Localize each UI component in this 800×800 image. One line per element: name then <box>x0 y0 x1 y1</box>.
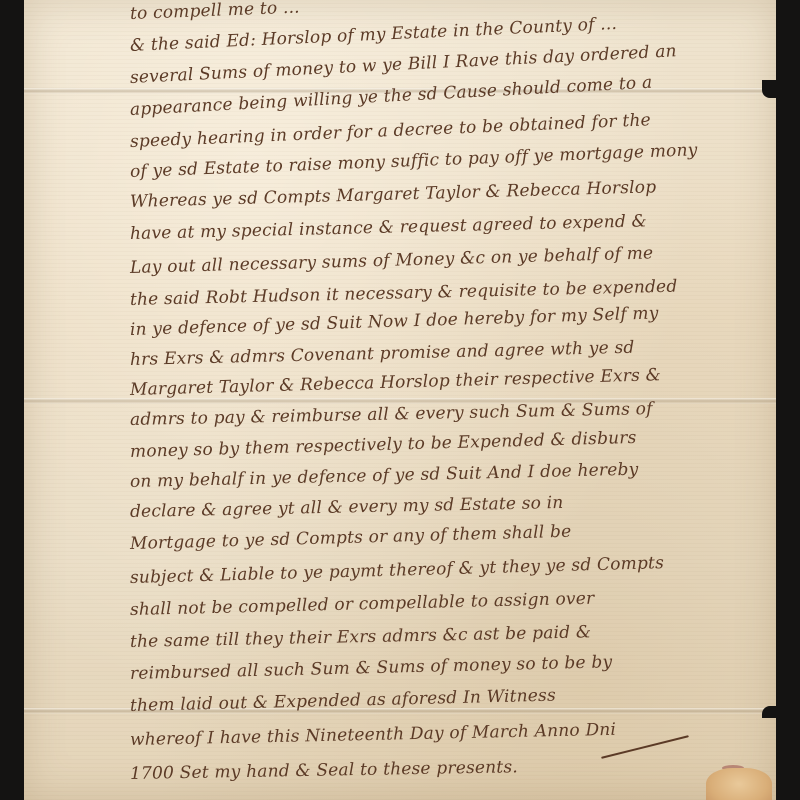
wax-seal-icon <box>706 768 772 800</box>
torn-edge-notch <box>762 80 776 98</box>
torn-edge-notch <box>762 706 776 718</box>
